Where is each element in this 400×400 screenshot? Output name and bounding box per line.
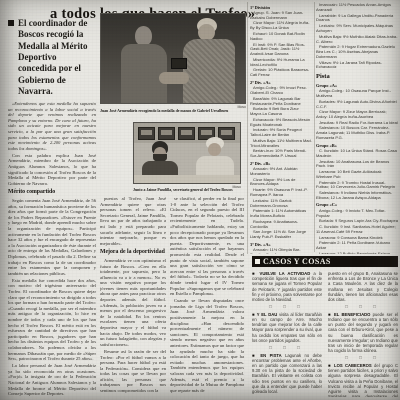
result-entry: C. Ilundáin: 9 Inst. Sanitarios-Hotel Ag… xyxy=(316,225,398,235)
result-entry: Burlada: 9 Beti Bura Zizur Mayor-La Caso… xyxy=(250,107,312,117)
article-column-3: se clasificó, al perder en la final por … xyxy=(170,196,244,398)
result-entry: Grelain: 10 Plásticos Baracesa-Cati Ferr… xyxy=(250,68,312,78)
article-column-1: «Entendemos que esta medalla ha supuesto… xyxy=(8,101,96,398)
result-entry: Berián-Irun: 10½ Paris Mendi-Sur-Armendá… xyxy=(250,149,312,159)
article-column-2: puestos al Trofeo, Juan José Armendáriz … xyxy=(100,196,166,398)
result-entry: Salesianos: 9 Indiano Niebla Informática… xyxy=(316,191,398,201)
result-entry: San Jorge: 11½ At. San Jorge Llanty Pub-… xyxy=(250,230,312,240)
photo1-handshake xyxy=(159,72,189,84)
result-entry: Larrabide: 9 La Gallega Unditu-Panadería… xyxy=(316,14,398,24)
division-heading: Grupo «C» xyxy=(316,202,398,207)
news-item: puesto en el grupo B, Anaitasuna se enfr… xyxy=(328,271,398,302)
result-entry: Jesuitas: 10 Anaitasuna-Los de Beanos Pa… xyxy=(316,160,398,170)
paragraph: se clasificó, al perder en la final por … xyxy=(170,196,244,297)
result-entry: Larraona: 12 Bullicio Pamplonés-Eslava T… xyxy=(316,252,398,254)
result-entry: Imarcoain: 11½ Pescados Arvan-Amigos Ara… xyxy=(316,3,398,13)
photo1-left-man-head xyxy=(135,26,152,46)
result-entry: Rochapea: 9 Anaitasuna-Cordovilla xyxy=(250,220,312,230)
photo2-caption: Junto a Jaime Pandilla, secretario gener… xyxy=(133,188,244,193)
item-separator: □ □ □ xyxy=(328,355,398,361)
casos-y-cosas-section: CASOS Y COSAS ■ VUELVE LA ACTIVIDAD a la… xyxy=(252,256,398,400)
result-entry: Paternáin 2: 11 Peña Donibane-Vulcano Az… xyxy=(316,241,398,251)
result-entry: Amigo-Coleg.: 9½ Imozi Pesc. Olaberri-El… xyxy=(250,86,312,96)
results-column-1: 1ª DivisiónAgrup. S. Juan: 9 San Juan-La… xyxy=(250,3,312,254)
photo1-caption: Juan José Armendáriz recogiendo la medal… xyxy=(100,109,246,114)
square-bullet-icon xyxy=(8,20,14,26)
paragraph: Esta medalla fue concedida hace dos años… xyxy=(8,278,96,362)
result-entry: Salesianos: 10 Boscos Car. Fernández-Ama… xyxy=(316,126,398,141)
result-entry: Cizur Mayor: 9½ Los de Bronces-Aldapa xyxy=(250,178,312,188)
square-bullet-icon xyxy=(255,259,260,264)
result-entry: Huarte: 9½ Osasuna P. Inst.-P. Romapea P… xyxy=(250,188,312,198)
result-entry: Amigo-Coleg.: 10 Osasuna Parque Inst.-Mu… xyxy=(316,89,398,99)
photo2-picture-frame xyxy=(138,127,155,140)
column-rule xyxy=(314,2,315,252)
news-item: ■ LOS CABECEROS del grupo C tienen parti… xyxy=(328,363,398,397)
result-entry: Indurain: 9½ Soria Peugeot Talbot-Laire … xyxy=(250,128,312,138)
casos-column-2: puesto en el grupo B, Anaitasuna se enfr… xyxy=(328,271,398,397)
news-item: ■ Y EL DAU visita al líder Barañáin en s… xyxy=(252,312,322,343)
result-entry: Larraona: 10 Beti Gazte-Adiósdoak Wireba… xyxy=(316,170,398,180)
standfirst-text: El coordinador de Boscos recogió la Meda… xyxy=(18,18,96,97)
section-heading: Pista xyxy=(316,73,398,81)
result-entry: Paternáin 2: 9 Hogar Extremadura-Gaztelu… xyxy=(316,45,398,60)
photo-medal-ceremony xyxy=(100,13,246,104)
result-entry: El Insti: 9½ P. San Blas Ríos-Gasti-Beti… xyxy=(250,43,312,58)
result-entry: Lezkairu: 9½ Serv. Municipales-Máquinas … xyxy=(316,24,398,34)
result-entry: Ansoain: 11½ Olimpia Bar-Sporting San Jo… xyxy=(250,248,312,254)
result-entry: Cizur Mayor: 11½ Alegría Iruña-By By Dis… xyxy=(250,21,312,31)
column-subhead: Mejora de la deportividad xyxy=(100,249,166,256)
casos-y-cosas-header: CASOS Y COSAS xyxy=(252,256,398,267)
casos-column-1: ■ VUELVE LA ACTIVIDAD a la competición l… xyxy=(252,271,322,397)
results-column-2: Imarcoain: 11½ Pescados Arvan-Amigos Ara… xyxy=(316,3,398,254)
photo1-medal-box xyxy=(171,58,187,69)
paragraph: La labor personal de Juan José Armendári… xyxy=(8,363,96,397)
result-entry: Misericordia: 9½ Hurrama La Ideal-Lechoñ… xyxy=(250,58,312,68)
result-entry: Cizur Mayor: 9 Zizur Mayor-Berriozak; Ar… xyxy=(316,110,398,120)
photo1-right-man-body xyxy=(183,39,235,104)
result-entry: Paternáin 2: 9 Trombo Hostal Irusual-Fut… xyxy=(316,181,398,191)
result-entry: C. Ilundáin: 10 La Única Stánd. Rosar-Ca… xyxy=(316,149,398,159)
result-entry: Agrup. S. Juan: 9 San Juan-Lazkairu Dobe… xyxy=(250,11,312,21)
result-entry: Echauri: 10 Donak Bat-Rodin Nadico xyxy=(250,32,312,42)
paragraph: Armendáriz ve con optimismo el futuro de… xyxy=(100,258,166,348)
result-entry: Villava: 9½ La Jarana Tafi Ripodas-Echav… xyxy=(316,61,398,71)
column-rule xyxy=(247,2,248,254)
casos-title: CASOS Y COSAS xyxy=(263,257,331,266)
photo2-picture-frame xyxy=(158,127,175,140)
quote-paragraph: «Entendemos que esta medalla ha supuesto… xyxy=(8,101,96,151)
result-entry: Mutilva Baja: 11½ Multivera Mad. Tricot-… xyxy=(250,139,312,149)
news-item: ■ EL BENEFICIADO puede ser el Indiano qu… xyxy=(328,312,398,354)
result-entry: Lezkairu: 11½ Gaztok Dobermann-Gronosa xyxy=(250,199,312,209)
item-separator: □ □ □ xyxy=(252,304,322,310)
photo2-picture-frame xyxy=(178,127,195,140)
item-separator: □ □ □ xyxy=(328,304,398,310)
result-entry: Barañáin: 9½ Lagunak Bar Restaurante-Peñ… xyxy=(250,97,312,107)
article-standfirst: El coordinador de Boscos recogió la Meda… xyxy=(8,18,96,97)
result-entry: Echavacoiz: 9½ Beasoin-Mesón Eguás Moate… xyxy=(250,118,312,128)
photo2-right-man-face xyxy=(208,143,221,156)
paragraph: Resume así la razón de ser del Trofeo: «… xyxy=(100,349,166,394)
photo2-table xyxy=(134,175,241,184)
item-separator: □ □ □ xyxy=(252,345,322,351)
result-entry: Mutilva Baja: 9½ Muthiko Alaiak Ditas-Ir… xyxy=(316,35,398,45)
paragraph: Con esta palabra explica Juan José Armen… xyxy=(8,153,96,187)
paragraph: Cuando se llevan disputadas once jornada… xyxy=(170,298,244,393)
paragraph: puestos al Trofeo, Juan José Armendáriz … xyxy=(100,196,166,246)
column-subhead: Mérito compartido xyxy=(8,189,96,196)
result-entry: Burlades: 9½ Lagunak Auto-Divina-Añorbie… xyxy=(316,100,398,110)
photo-table-meeting xyxy=(133,122,241,184)
paragraph: Según comenta Juan José Armendáriz, de 5… xyxy=(8,198,96,276)
photo1-credit: Moso xyxy=(100,105,246,109)
result-entry: Paternáin 1: 11½ Automáticas Iruña Morea… xyxy=(250,209,312,219)
result-entry: Amigo-Coleg.: 9 Invicto T. Mec-Toltar-Po… xyxy=(316,209,398,219)
newspaper-page: a todos los que hacen el Trofeo» El coor… xyxy=(0,0,400,400)
result-entry: Ansoain: 9½ Ant. Alubián Monasterio xyxy=(250,167,312,177)
news-item: ■ VUELVE LA ACTIVIDAD a la competición l… xyxy=(252,271,322,302)
news-item: ■ EN PISTA Lagunak no debe encontrar pro… xyxy=(252,353,322,395)
